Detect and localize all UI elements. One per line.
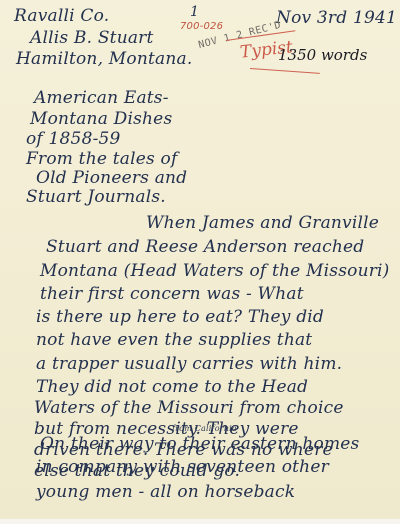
title-line-2: Montana Dishes bbox=[30, 109, 172, 129]
page-number: 1 bbox=[190, 4, 199, 20]
body-line-15: young men - all on horseback bbox=[36, 482, 295, 502]
body-line-7: a trapper usually carries with him. bbox=[36, 354, 342, 374]
red-underline-2 bbox=[250, 68, 320, 74]
body-line-9: Waters of the Missouri from choice bbox=[34, 398, 344, 418]
author-name: Allis B. Stuart bbox=[30, 28, 154, 48]
body-line-2: Stuart and Reese Anderson reached bbox=[46, 237, 364, 257]
title-line-6: Stuart Journals. bbox=[26, 187, 166, 207]
body-line-8: They did not come to the Head bbox=[36, 377, 308, 397]
body-line-13: On their way to their eastern homes bbox=[40, 434, 359, 454]
body-line-6: not have even the supplies that bbox=[36, 330, 312, 350]
county-line: Ravalli Co. bbox=[14, 6, 109, 26]
insertion-text: from California bbox=[172, 424, 237, 433]
title-line-4: From the tales of bbox=[26, 149, 177, 169]
body-line-14: in company with seventeen other bbox=[36, 457, 329, 477]
letter-date: Nov 3rd 1941 bbox=[276, 8, 397, 28]
title-line-1: American Eats- bbox=[34, 88, 169, 108]
word-count: 1350 words bbox=[278, 46, 367, 64]
title-line-3: of 1858-59 bbox=[26, 129, 121, 149]
letter-page: Ravalli Co. Allis B. Stuart Hamilton, Mo… bbox=[0, 0, 400, 519]
title-line-5: Old Pioneers and bbox=[36, 168, 187, 188]
body-line-1: When James and Granville bbox=[146, 213, 379, 233]
body-line-5: is there up here to eat? They did bbox=[36, 307, 324, 327]
author-location: Hamilton, Montana. bbox=[16, 49, 192, 69]
body-line-3: Montana (Head Waters of the Missouri) bbox=[40, 261, 390, 281]
body-line-4: their first concern was - What bbox=[40, 284, 304, 304]
file-code: 700-026 bbox=[180, 21, 223, 32]
